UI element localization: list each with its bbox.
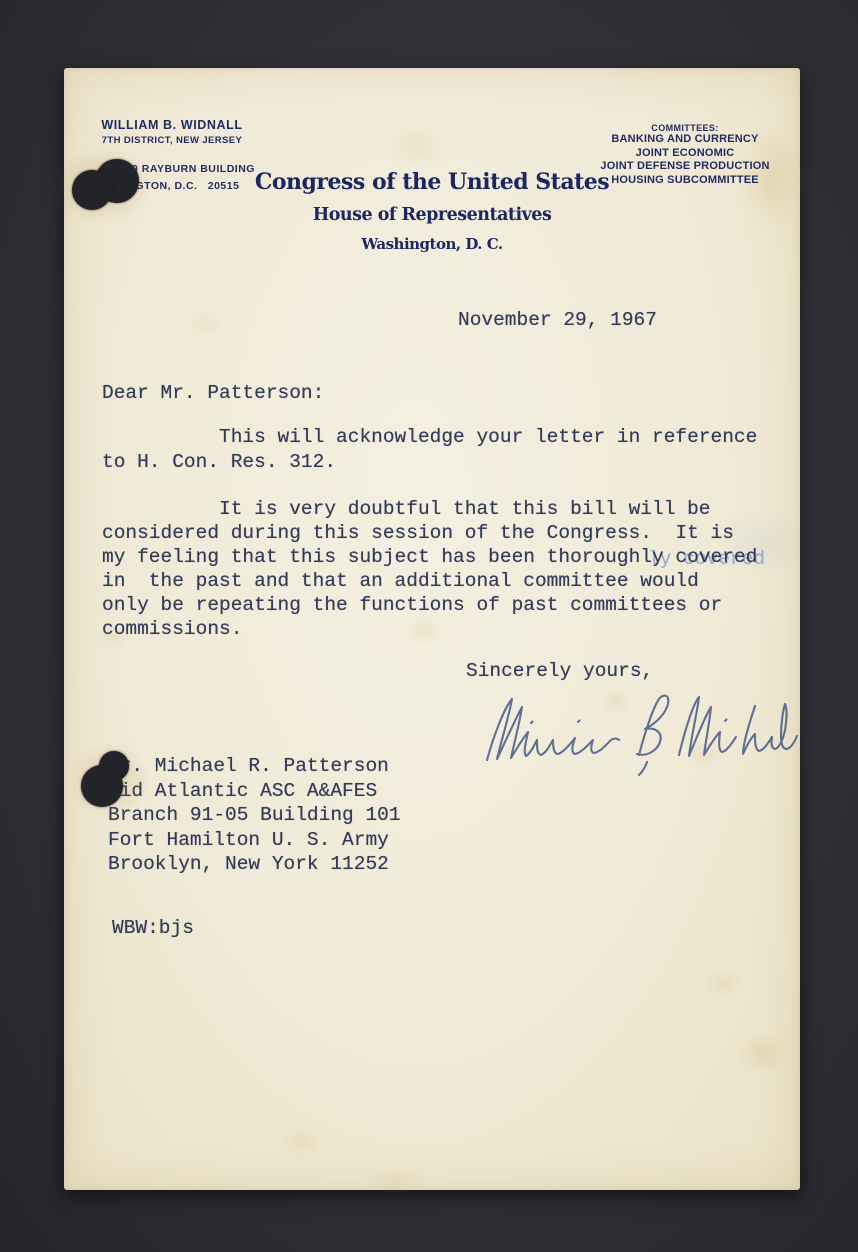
recipient-line: Mid Atlantic ASC A&AFES bbox=[108, 779, 401, 804]
committee-item: JOINT ECONOMIC bbox=[560, 147, 810, 161]
recipient-line: Brooklyn, New York 11252 bbox=[108, 852, 401, 877]
signature bbox=[459, 680, 799, 795]
recipient-block: Mr. Michael R. Patterson Mid Atlantic AS… bbox=[108, 754, 401, 877]
recipient-line: Branch 91-05 Building 101 bbox=[108, 803, 401, 828]
letter-page: WILLIAM B. WIDNALL 7TH DISTRICT, NEW JER… bbox=[64, 68, 800, 1190]
recipient-line: Mr. Michael R. Patterson bbox=[108, 754, 401, 779]
ink-blot bbox=[72, 170, 112, 210]
sender-district: 7TH DISTRICT, NEW JERSEY bbox=[82, 135, 262, 146]
committees-heading: COMMITTEES: bbox=[560, 123, 810, 133]
paper-stain bbox=[382, 122, 452, 170]
paper-stain bbox=[364, 1166, 424, 1196]
committee-item: BANKING AND CURRENCY bbox=[560, 133, 810, 147]
sender-name: WILLIAM B. WIDNALL bbox=[82, 118, 262, 132]
sender-block: WILLIAM B. WIDNALL 7TH DISTRICT, NEW JER… bbox=[82, 118, 262, 146]
committees-block: COMMITTEES: BANKING AND CURRENCY JOINT E… bbox=[560, 123, 810, 187]
scanned-letter-photo: WILLIAM B. WIDNALL 7TH DISTRICT, NEW JER… bbox=[0, 0, 858, 1252]
reference-initials: WBW:bjs bbox=[112, 916, 194, 940]
ink-blot bbox=[81, 765, 123, 807]
committee-item: HOUSING SUBCOMMITTEE bbox=[560, 174, 810, 188]
paragraph-1: This will acknowledge your letter in ref… bbox=[102, 425, 757, 475]
committee-item: JOINT DEFENSE PRODUCTION bbox=[560, 160, 810, 174]
paragraph-2: It is very doubtful that this bill will … bbox=[102, 497, 757, 641]
paper-stain bbox=[278, 1122, 326, 1162]
salutation: Dear Mr. Patterson: bbox=[102, 381, 324, 405]
paper-stain bbox=[736, 1030, 790, 1076]
congress-line3: Washington, D. C. bbox=[64, 235, 800, 253]
date-line: November 29, 1967 bbox=[458, 308, 657, 332]
recipient-line: Fort Hamilton U. S. Army bbox=[108, 828, 401, 853]
paper-stain bbox=[704, 966, 744, 1000]
paper-stain bbox=[184, 306, 228, 340]
congress-line2: House of Representatives bbox=[64, 205, 800, 225]
